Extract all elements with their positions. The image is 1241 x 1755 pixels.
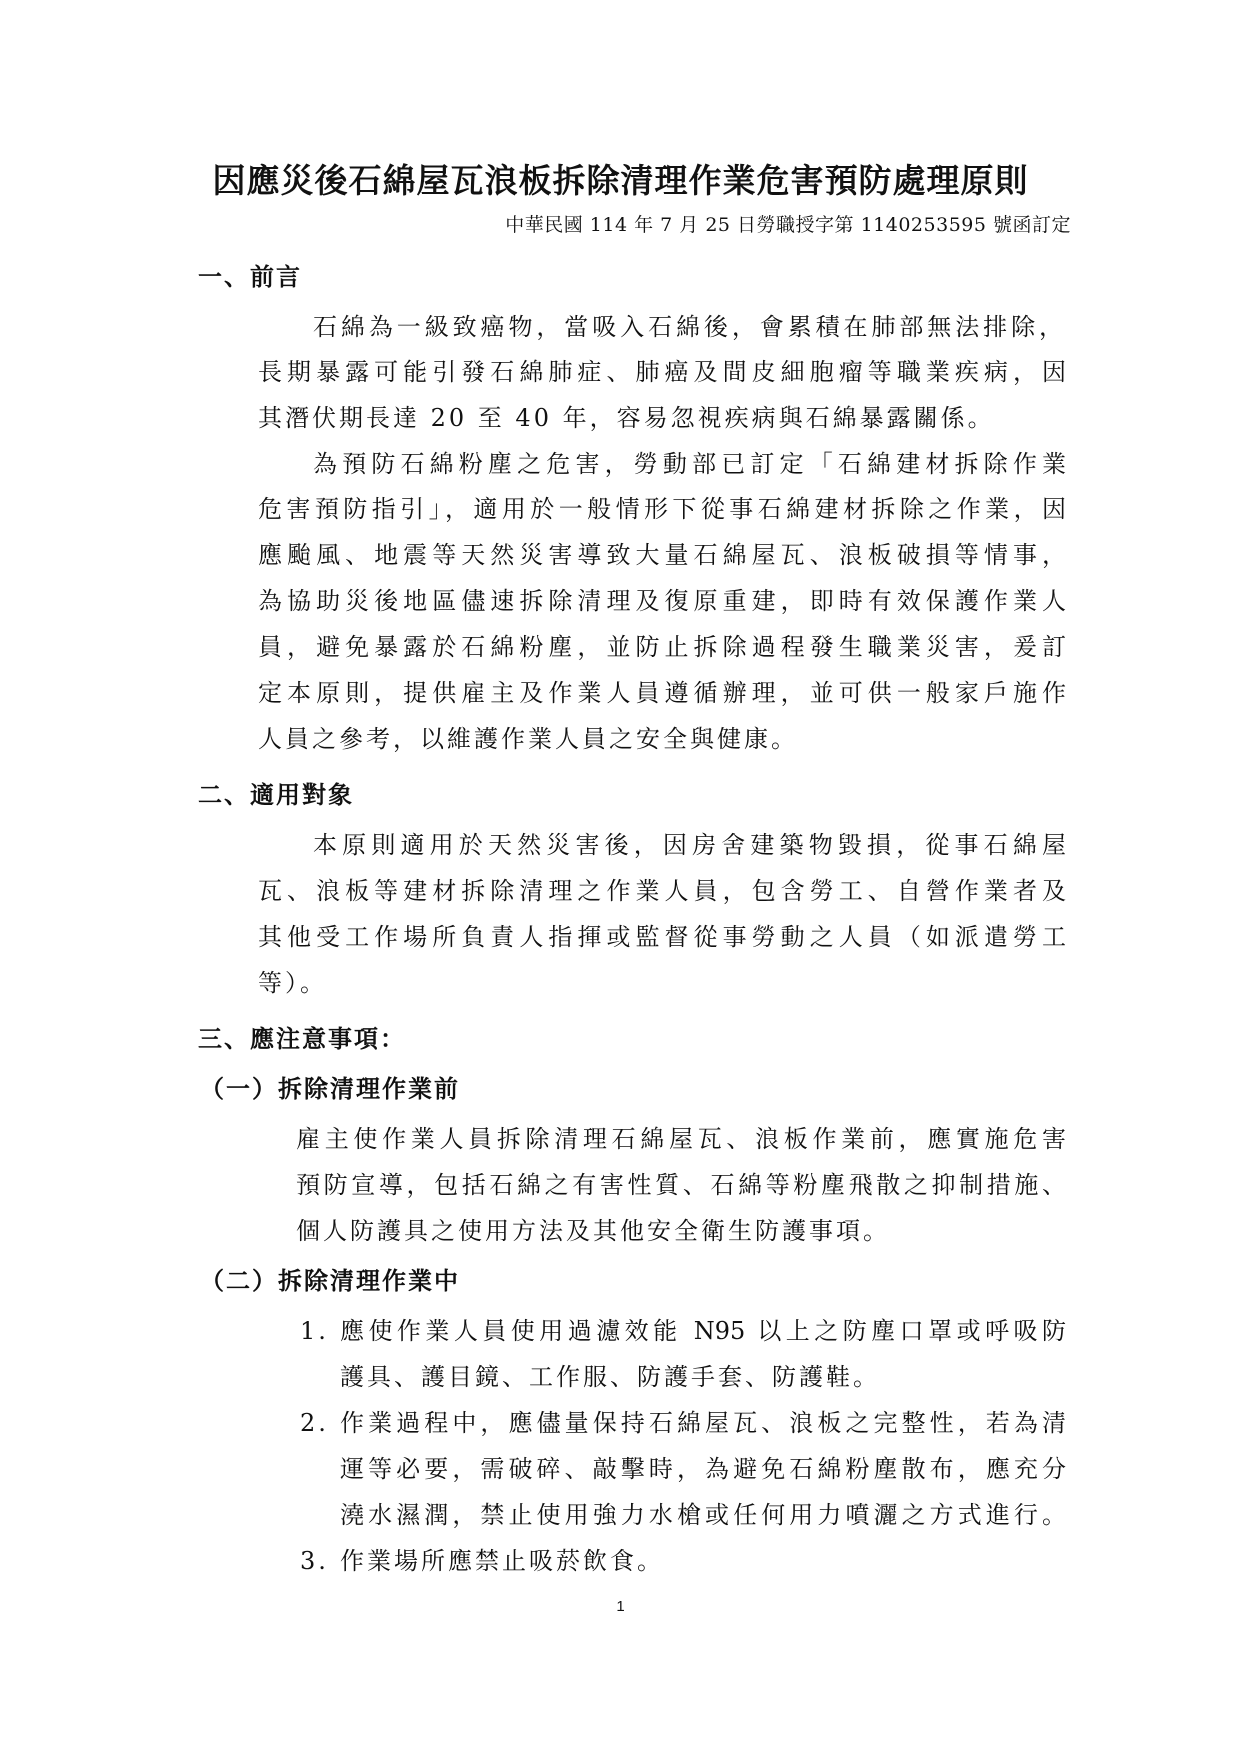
list-item-line: 澆水濕潤，禁止使用強力水槍或任何用力噴灑之方式進行。 bbox=[340, 1500, 1066, 1530]
list-item-line: 作業過程中，應儘量保持石綿屋瓦、浪板之完整性，若為清 bbox=[340, 1408, 1066, 1438]
paragraph-line: 其潛伏期長達 20 至 40 年，容易忽視疾病與石綿暴露關係。 bbox=[258, 403, 995, 433]
paragraph-line: 石綿為一級致癌物，當吸入石綿後，會累積在肺部無法排除， bbox=[313, 312, 1063, 342]
document-page: 因應災後石綿屋瓦浪板拆除清理作業危害預防處理原則 中華民國 114 年 7 月 … bbox=[0, 0, 1241, 1755]
section-heading-precautions: 三、應注意事項： bbox=[198, 1024, 406, 1054]
paragraph-line: 長期暴露可能引發石綿肺症、肺癌及間皮細胞瘤等職業疾病，因 bbox=[258, 357, 1066, 387]
document-title: 因應災後石綿屋瓦浪板拆除清理作業危害預防處理原則 bbox=[0, 155, 1241, 202]
paragraph-line: 本原則適用於天然災害後，因房舍建築物毀損，從事石綿屋 bbox=[313, 830, 1066, 860]
paragraph-line: 應颱風、地震等天然災害導致大量石綿屋瓦、浪板破損等情事， bbox=[258, 540, 1066, 570]
list-item-number: 1. bbox=[300, 1316, 329, 1346]
list-item-line: 作業場所應禁止吸菸飲食。 bbox=[340, 1546, 664, 1576]
list-item-number: 3. bbox=[300, 1546, 329, 1576]
paragraph-line: 預防宣導，包括石綿之有害性質、石綿等粉塵飛散之抑制措施、 bbox=[296, 1170, 1066, 1200]
page-number: 1 bbox=[0, 1598, 1241, 1615]
subsection-heading-during-work: （二）拆除清理作業中 bbox=[200, 1266, 460, 1296]
paragraph-line: 雇主使作業人員拆除清理石綿屋瓦、浪板作業前，應實施危害 bbox=[296, 1124, 1066, 1154]
document-issuance-note: 中華民國 114 年 7 月 25 日勞職授字第 1140253595 號函訂定 bbox=[505, 210, 1071, 237]
paragraph-line: 為協助災後地區儘速拆除清理及復原重建，即時有效保護作業人 bbox=[258, 586, 1066, 616]
list-item-line: 運等必要，需破碎、敲擊時，為避免石綿粉塵散布，應充分 bbox=[340, 1454, 1066, 1484]
list-item-line: 應使作業人員使用過濾效能 N95 以上之防塵口罩或呼吸防 bbox=[340, 1316, 1066, 1346]
list-item-number: 2. bbox=[300, 1408, 329, 1438]
paragraph-line: 等）。 bbox=[258, 968, 327, 998]
section-heading-preface: 一、前言 bbox=[198, 262, 302, 292]
paragraph-line: 定本原則，提供雇主及作業人員遵循辦理，並可供一般家戶施作 bbox=[258, 678, 1066, 708]
list-item-line: 護具、護目鏡、工作服、防護手套、防護鞋。 bbox=[340, 1362, 880, 1392]
paragraph-line: 員，避免暴露於石綿粉塵，並防止拆除過程發生職業災害，爰訂 bbox=[258, 632, 1066, 662]
paragraph-line: 為預防石綿粉塵之危害，勞動部已訂定「石綿建材拆除作業 bbox=[313, 449, 1066, 479]
paragraph-line: 瓦、浪板等建材拆除清理之作業人員，包含勞工、自營作業者及 bbox=[258, 876, 1066, 906]
paragraph-line: 其他受工作場所負責人指揮或監督從事勞動之人員（如派遣勞工 bbox=[258, 922, 1066, 952]
paragraph-line: 個人防護具之使用方法及其他安全衛生防護事項。 bbox=[296, 1216, 890, 1246]
section-heading-scope: 二、適用對象 bbox=[198, 780, 354, 810]
paragraph-line: 人員之參考，以維護作業人員之安全與健康。 bbox=[258, 724, 798, 754]
paragraph-line: 危害預防指引」，適用於一般情形下從事石綿建材拆除之作業，因 bbox=[258, 494, 1066, 524]
subsection-heading-before-work: （一）拆除清理作業前 bbox=[200, 1074, 460, 1104]
